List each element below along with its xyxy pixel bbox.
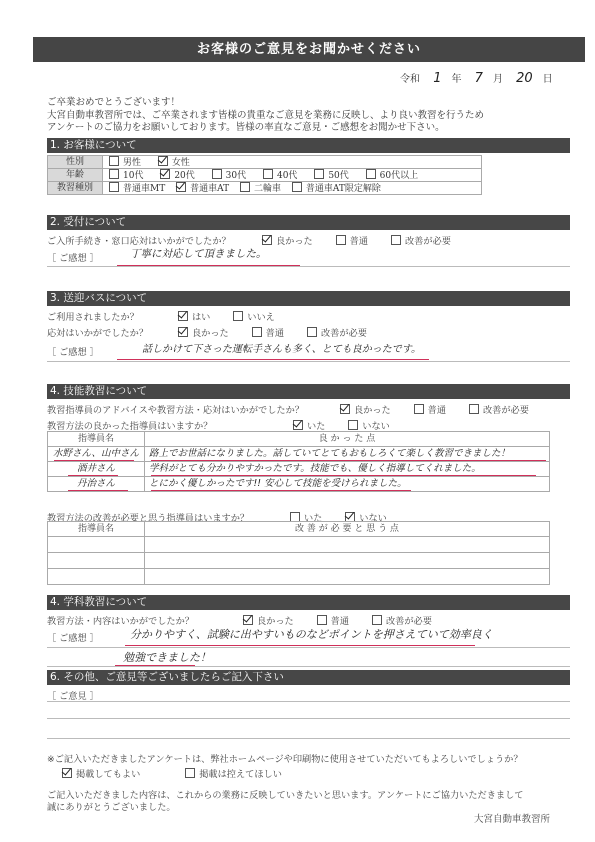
comment-line xyxy=(47,666,570,667)
bus-service-question: 応対はいかがでしたか？ xyxy=(47,325,148,339)
section-header-academic-lessons: 4. 学科教習について xyxy=(47,595,570,610)
checkbox-at[interactable]: 普通車AT xyxy=(176,182,229,194)
checkbox-needs-improvement[interactable]: 改善が必要 xyxy=(469,402,529,416)
table-row: 酒井さん 学科がとても分かりやすかったです。技能でも、優しく指導してくれました。 xyxy=(48,462,550,477)
comment-label: ［ ご感想 ］ xyxy=(47,630,99,644)
checkbox-age-50s[interactable]: 50代 xyxy=(314,169,348,181)
instructor-name-cell[interactable]: 丹治さん xyxy=(48,477,145,492)
customer-info-table: 性別 男性 女性 年齢 10代 20代 30代 40代 50代 60代以上 教習… xyxy=(47,155,482,195)
checkbox-age-30s[interactable]: 30代 xyxy=(212,169,246,181)
academic-comment-line-2[interactable]: 勉強できました！ xyxy=(123,649,211,665)
checkbox-age-10s[interactable]: 10代 xyxy=(109,169,143,181)
underline-mark xyxy=(125,645,475,646)
intro-line: ご卒業おめでとうございます！ xyxy=(47,97,484,110)
table-row: 丹治さん とにかく優しかったです!! 安心して技能を受けられました。 xyxy=(48,477,550,492)
reception-question: ご入所手続き・窓口応対はいかがでしたか？ xyxy=(47,233,231,247)
date-year-field[interactable]: 1 xyxy=(433,71,441,86)
column-header-instructor: 指導員名 xyxy=(48,432,145,447)
checkbox-normal[interactable]: 普通 xyxy=(414,402,446,416)
table-row: 水野さん、山中さん 路上でお世話になりました。話していてとてもおもしろくて楽しく… xyxy=(48,447,550,462)
comment-line xyxy=(47,361,570,362)
section-header-reception: 2. 受付について xyxy=(47,215,570,230)
year-label: 年 xyxy=(451,74,461,85)
checkbox-normal[interactable]: 普通 xyxy=(252,325,284,339)
comment-line xyxy=(47,647,570,648)
checkbox-normal[interactable]: 普通 xyxy=(317,613,349,627)
comment-line xyxy=(47,266,570,267)
instructor-name-cell[interactable]: 水野さん、山中さん xyxy=(48,447,145,462)
checkbox-none[interactable]: いない xyxy=(348,418,390,432)
date: 令和 1年 7月 20日 xyxy=(400,70,553,86)
instructor-name-cell[interactable] xyxy=(48,569,145,585)
checkbox-good[interactable]: 良かった xyxy=(340,402,391,416)
good-instructor-options: いた いない xyxy=(293,418,404,432)
intro-line: 大宮自動車教習所では、ご卒業されます皆様の貴重なご意見を業務に反映し、より良い教… xyxy=(47,110,484,123)
section-header-shuttle-bus: 3. 送迎バスについて xyxy=(47,291,570,306)
table-row xyxy=(48,569,550,585)
month-label: 月 xyxy=(493,74,503,85)
checkbox-needs-improvement[interactable]: 改善が必要 xyxy=(391,233,451,247)
table-row xyxy=(48,553,550,569)
good-instructor-table: 指導員名 良 か っ た 点 水野さん、山中さん 路上でお世話になりました。話し… xyxy=(47,431,550,492)
improve-instructor-table: 指導員名 改 善 が 必 要 と 思 う 点 xyxy=(47,521,550,585)
checkbox-decline-publish[interactable]: 掲載は控えてほしい xyxy=(185,766,282,780)
page-title: お客様のご意見をお聞かせください xyxy=(33,37,585,62)
comment-line[interactable] xyxy=(47,701,570,702)
instructor-advice-question: 教習指導員のアドバイスや教習方法・応対はいかがでしたか？ xyxy=(47,402,304,416)
checkbox-mt[interactable]: 普通車MT xyxy=(109,182,165,194)
row-gender: 性別 男性 女性 xyxy=(48,156,482,169)
comment-label: ［ ご感想 ］ xyxy=(47,250,99,264)
checkbox-good[interactable]: 良かった xyxy=(262,233,313,247)
academic-options: 良かった 普通 改善が必要 xyxy=(243,613,446,627)
intro-line: アンケートのご協力をお願いしております。皆様の率直なご意見・ご感想をお聞かせ下さ… xyxy=(47,122,484,135)
day-label: 日 xyxy=(543,74,553,85)
instructor-advice-options: 良かった 普通 改善が必要 xyxy=(340,402,543,416)
improvement-point-cell[interactable] xyxy=(145,553,550,569)
checkbox-needs-improvement[interactable]: 改善が必要 xyxy=(307,325,367,339)
bus-usage-options: はい いいえ xyxy=(178,309,289,323)
comment-label: ［ ご感想 ］ xyxy=(47,344,99,358)
checkbox-age-60s-plus[interactable]: 60代以上 xyxy=(366,169,418,181)
column-header-instructor: 指導員名 xyxy=(48,522,145,537)
instructor-name-cell[interactable] xyxy=(48,537,145,553)
instructor-name-cell[interactable] xyxy=(48,553,145,569)
table-header: 指導員名 良 か っ た 点 xyxy=(48,432,550,447)
checkbox-normal[interactable]: 普通 xyxy=(336,233,368,247)
good-point-cell[interactable]: とにかく優しかったです!! 安心して技能を受けられました。 xyxy=(145,477,550,492)
checkbox-good[interactable]: 良かった xyxy=(243,613,294,627)
consent-options: 掲載してもよい 掲載は控えてほしい xyxy=(62,766,296,780)
comment-line[interactable] xyxy=(47,718,570,719)
improvement-point-cell[interactable] xyxy=(145,537,550,553)
section-header-driving-lessons: 4. 技能教習について xyxy=(47,384,570,399)
date-month-field[interactable]: 7 xyxy=(475,71,483,86)
checkbox-needs-improvement[interactable]: 改善が必要 xyxy=(372,613,432,627)
checkbox-motorcycle[interactable]: 二輪車 xyxy=(240,182,281,194)
intro-text: ご卒業おめでとうございます！ 大宮自動車教習所では、ご卒業されます皆様の貴重なご… xyxy=(47,97,484,135)
section-header-other-comments: 6. その他、ご意見等ございましたらご記入下さい xyxy=(47,670,570,685)
checkbox-male[interactable]: 男性 xyxy=(109,156,141,168)
checkbox-no[interactable]: いいえ xyxy=(233,309,275,323)
date-era: 令和 xyxy=(400,74,420,85)
bus-comment[interactable]: 話しかけて下さった運転手さんも多く、とても良かったです。 xyxy=(142,340,421,355)
organization-name: 大宮自動車教習所 xyxy=(474,811,550,825)
good-point-cell[interactable]: 路上でお世話になりました。話していてとてもおもしろくて楽しく教習できました！ xyxy=(145,447,550,462)
bus-usage-question: ご利用されましたか？ xyxy=(47,309,139,323)
checkbox-good[interactable]: 良かった xyxy=(178,325,229,339)
reception-comment[interactable]: 丁寧に対応して頂きました。 xyxy=(130,246,267,261)
row-age: 年齢 10代 20代 30代 40代 50代 60代以上 xyxy=(48,169,482,182)
checkbox-age-20s[interactable]: 20代 xyxy=(160,169,194,181)
academic-comment-line-1[interactable]: 分かりやすく、試験に出やすいものなどポイントを押さえていて効率良く xyxy=(130,626,493,642)
bus-service-options: 良かった 普通 改善が必要 xyxy=(178,325,381,339)
table-header: 指導員名 改 善 が 必 要 と 思 う 点 xyxy=(48,522,550,537)
checkbox-age-40s[interactable]: 40代 xyxy=(263,169,297,181)
column-header-good-points: 良 か っ た 点 xyxy=(145,432,550,447)
instructor-name-cell[interactable]: 酒井さん xyxy=(48,462,145,477)
table-row xyxy=(48,537,550,553)
academic-question: 教習方法・内容はいかがでしたか？ xyxy=(47,613,194,627)
row-course-type: 教習種別 普通車MT 普通車AT 二輪車 普通車AT限定解除 xyxy=(48,182,482,195)
thanks-line-2: 誠にありがとうございました。 xyxy=(47,799,176,813)
row-label: 性別 xyxy=(48,156,103,169)
good-point-cell[interactable]: 学科がとても分かりやすかったです。技能でも、優しく指導してくれました。 xyxy=(145,462,550,477)
row-label: 教習種別 xyxy=(48,182,103,195)
comment-label: ［ ご意見 ］ xyxy=(47,688,99,702)
section-header-customer: 1. お客様について xyxy=(47,138,570,153)
date-day-field[interactable]: 20 xyxy=(516,71,533,86)
checkbox-allow-publish[interactable]: 掲載してもよい xyxy=(62,766,140,780)
improvement-point-cell[interactable] xyxy=(145,569,550,585)
consent-question: ※ご記入いただきましたアンケートは、弊社ホームページや印刷物に使用させていただい… xyxy=(47,751,523,765)
good-instructor-question: 教習方法の良かった指導員はいますか？ xyxy=(47,418,212,432)
checkbox-female[interactable]: 女性 xyxy=(158,156,190,168)
column-header-improvement-points: 改 善 が 必 要 と 思 う 点 xyxy=(145,522,550,537)
comment-line[interactable] xyxy=(47,738,570,739)
checkbox-yes[interactable]: はい xyxy=(178,309,210,323)
checkbox-had[interactable]: いた xyxy=(293,418,325,432)
row-label: 年齢 xyxy=(48,169,103,182)
underline-mark xyxy=(117,359,429,360)
checkbox-at-limit-removal[interactable]: 普通車AT限定解除 xyxy=(292,182,381,194)
reception-options: 良かった 普通 改善が必要 xyxy=(262,233,465,247)
